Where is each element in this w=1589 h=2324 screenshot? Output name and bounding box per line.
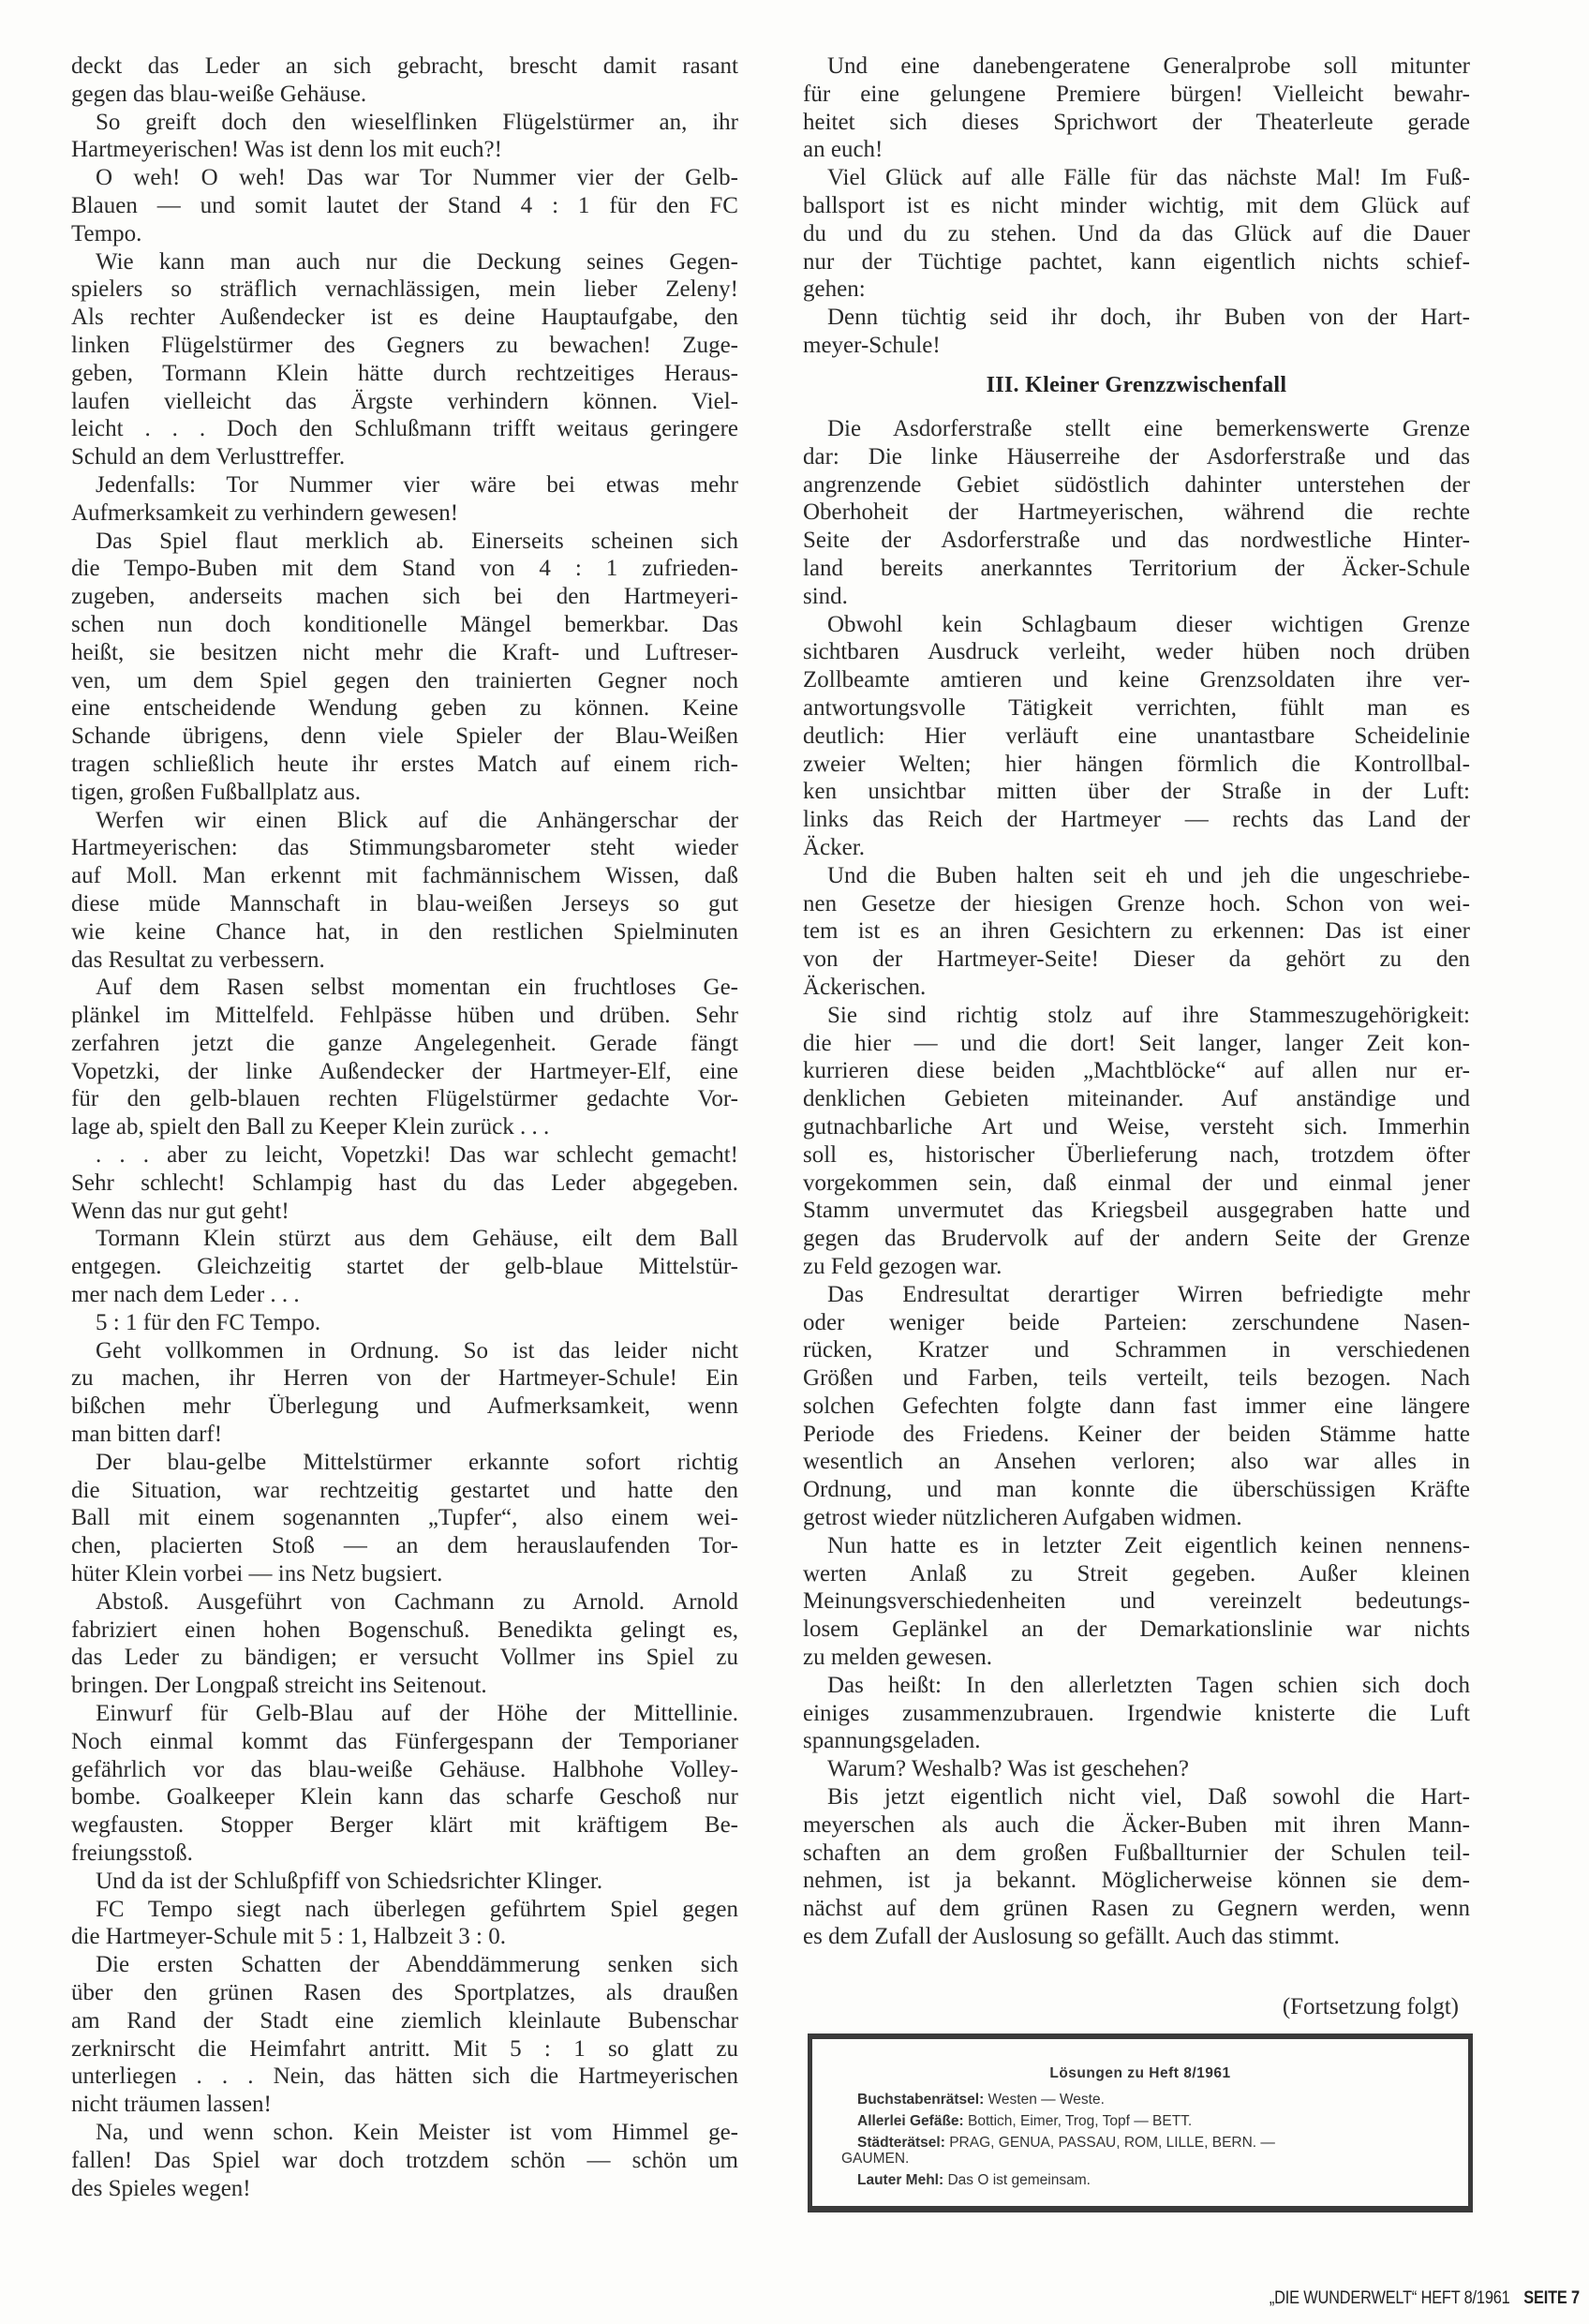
text-line: unterliegen . . . Nein, das hätten sich … bbox=[71, 2063, 738, 2091]
text-line: Wenn das nur gut geht! bbox=[71, 1198, 738, 1226]
text-line: ken unsichtbar mitten über der Straße in… bbox=[803, 778, 1470, 806]
text-line: zerfahren jetzt die ganze Angelegenheit.… bbox=[71, 1030, 738, 1058]
text-line: solchen Gefechten folgte dann fast immer… bbox=[803, 1393, 1470, 1421]
text-line: zu Feld gezogen war. bbox=[803, 1253, 1470, 1281]
text-line: Geht vollkommen in Ordnung. So ist das l… bbox=[71, 1337, 738, 1365]
text-line: Nun hatte es in letzter Zeit eigentlich … bbox=[803, 1532, 1470, 1560]
left-column: deckt das Leder an sich gebracht, bresch… bbox=[71, 52, 738, 2202]
text-line: plänkel im Mittelfeld. Fehlpässe hüben u… bbox=[71, 1002, 738, 1030]
paragraph: Und da ist der Schlußpfiff von Schiedsri… bbox=[71, 1868, 738, 1896]
right-column-top: Und eine danebengeratene Generalprobe so… bbox=[803, 52, 1470, 360]
paragraph: O weh! O weh! Das war Tor Nummer vier de… bbox=[71, 164, 738, 247]
solutions-box: Lösungen zu Heft 8/1961 Buchstabenrätsel… bbox=[808, 2033, 1473, 2212]
text-line: O weh! O weh! Das war Tor Nummer vier de… bbox=[71, 164, 738, 192]
paragraph: Die ersten Schatten der Abenddämmerung s… bbox=[71, 1951, 738, 2119]
text-line: bombe. Goalkeeper Klein kann das scharfe… bbox=[71, 1783, 738, 1811]
paragraph: Geht vollkommen in Ordnung. So ist das l… bbox=[71, 1337, 738, 1449]
text-line: Sehr schlecht! Schlampig hast du das Led… bbox=[71, 1169, 738, 1198]
text-line: spielers so sträflich vernachlässigen, m… bbox=[71, 276, 738, 304]
text-line: freiungsstoß. bbox=[71, 1840, 738, 1868]
text-line: deutlich: Hier verläuft eine unantastbar… bbox=[803, 723, 1470, 751]
text-line: linken Flügelstürmer des Gegners zu bewa… bbox=[71, 332, 738, 360]
paragraph: Bis jetzt eigentlich nicht viel, Daß sow… bbox=[803, 1783, 1470, 1951]
solution-value: Bottich, Eimer, Trog, Topf — BETT. bbox=[968, 2113, 1192, 2129]
text-line: dar: Die linke Häuserreihe der Asdorfers… bbox=[803, 443, 1470, 471]
text-line: diese müde Mannschaft in blau-weißen Jer… bbox=[71, 890, 738, 918]
text-line: Na, und wenn schon. Kein Meister ist vom… bbox=[71, 2119, 738, 2147]
solution-key: Städterätsel: bbox=[857, 2135, 945, 2151]
text-line: tem ist es an ihren Gesichtern zu erkenn… bbox=[803, 917, 1470, 946]
text-line: fabriziert einen hohen Bogenschuß. Bened… bbox=[71, 1616, 738, 1645]
text-line: Denn tüchtig seid ihr doch, ihr Buben vo… bbox=[803, 304, 1470, 332]
text-line: Und da ist der Schlußpfiff von Schiedsri… bbox=[71, 1868, 738, 1896]
text-line: Der blau-gelbe Mittelstürmer erkannte so… bbox=[71, 1449, 738, 1477]
text-line: ven, um dem Spiel gegen den trainierten … bbox=[71, 667, 738, 695]
text-line: Werfen wir einen Blick auf die Anhängers… bbox=[71, 807, 738, 835]
text-line: Tormann Klein stürzt aus dem Gehäuse, ei… bbox=[71, 1225, 738, 1253]
text-line: am Rand der Stadt eine ziemlich kleinlau… bbox=[71, 2007, 738, 2035]
text-line: Hartmeyerischen! Was ist denn los mit eu… bbox=[71, 136, 738, 164]
text-line: antwortungsvolle Tätigkeit verrichten, f… bbox=[803, 694, 1470, 723]
paragraph: Jedenfalls: Tor Nummer vier wäre bei etw… bbox=[71, 471, 738, 528]
paragraph: So greift doch den wieselflinken Flügels… bbox=[71, 109, 738, 165]
text-line: zu melden gewesen. bbox=[803, 1644, 1470, 1672]
text-line: zu machen, ihr Herren von der Hartmeyer-… bbox=[71, 1364, 738, 1393]
paragraph: Das heißt: In den allerletzten Tagen sch… bbox=[803, 1672, 1470, 1755]
solution-value: Westen — Weste. bbox=[988, 2092, 1105, 2108]
text-line: Stamm unvermutet das Kriegsbeil ausgegra… bbox=[803, 1197, 1470, 1225]
text-line: Die Asdorferstraße stellt eine bemerkens… bbox=[803, 415, 1470, 443]
text-line: hüter Klein vorbei — ins Netz bugsiert. bbox=[71, 1560, 738, 1588]
solution-value: Das O ist gemeinsam. bbox=[947, 2172, 1090, 2188]
text-line: die Situation, war rechtzeitig gestartet… bbox=[71, 1477, 738, 1505]
text-line: des Spieles wegen! bbox=[71, 2175, 738, 2203]
text-line: leicht . . . Doch den Schlußmann trifft … bbox=[71, 415, 738, 443]
text-line: Ordnung, und man konnte die überschüssig… bbox=[803, 1476, 1470, 1504]
text-line: angrenzende Gebiet südöstlich dahinter u… bbox=[803, 471, 1470, 499]
paragraph: Abstoß. Ausgeführt von Cachmann zu Arnol… bbox=[71, 1588, 738, 1700]
text-line: das Leder zu bändigen; er versucht Vollm… bbox=[71, 1644, 738, 1672]
solution-row: Buchstabenrätsel: Westen — Weste. bbox=[812, 2092, 1468, 2108]
text-line: an euch! bbox=[803, 136, 1470, 164]
text-line: denklichen Gebieten miteinander. Auf ans… bbox=[803, 1085, 1470, 1113]
text-line: Oberhoheit der Hartmeyerischen, während … bbox=[803, 499, 1470, 527]
paragraph: Nun hatte es in letzter Zeit eigentlich … bbox=[803, 1532, 1470, 1672]
text-line: nehmen, ist ja bekannt. Möglicherweise k… bbox=[803, 1867, 1470, 1895]
text-line: lage ab, spielt den Ball zu Keeper Klein… bbox=[71, 1113, 738, 1141]
text-line: spannungsgeladen. bbox=[803, 1727, 1470, 1755]
solution-row: Allerlei Gefäße: Bottich, Eimer, Trog, T… bbox=[812, 2113, 1468, 2129]
text-line: Zollbeamte amtieren und keine Grenzsolda… bbox=[803, 666, 1470, 694]
text-line: nen Gesetze der hiesigen Grenze hoch. Sc… bbox=[803, 890, 1470, 918]
text-line: auf Moll. Man erkennt mit fachmännischem… bbox=[71, 862, 738, 890]
text-line: nächst auf dem grünen Rasen zu Gegnern w… bbox=[803, 1895, 1470, 1923]
solution-value: PRAG, GENUA, PASSAU, ROM, LILLE, BERN. — bbox=[949, 2135, 1275, 2151]
section-heading: III. Kleiner Grenzzwischenfall bbox=[803, 373, 1470, 398]
right-column-bottom: Die Asdorferstraße stellt eine bemerkens… bbox=[803, 415, 1470, 1951]
text-line: tragen schließlich heute ihr erstes Matc… bbox=[71, 751, 738, 779]
text-line: eine entscheidende Wendung geben zu könn… bbox=[71, 694, 738, 723]
solution-row: Städterätsel: PRAG, GENUA, PASSAU, ROM, … bbox=[812, 2135, 1468, 2167]
text-line: zugeben, anderseits machen sich bei den … bbox=[71, 583, 738, 611]
paragraph: deckt das Leder an sich gebracht, bresch… bbox=[71, 52, 738, 109]
text-line: man bitten darf! bbox=[71, 1421, 738, 1449]
text-line: links das Reich der Hartmeyer — rechts d… bbox=[803, 806, 1470, 834]
text-line: kurrieren diese beiden „Machtblöcke“ auf… bbox=[803, 1057, 1470, 1085]
text-line: chen, placierten Stoß — an dem herauslau… bbox=[71, 1532, 738, 1560]
text-line: So greift doch den wieselflinken Flügels… bbox=[71, 109, 738, 137]
text-line: deckt das Leder an sich gebracht, bresch… bbox=[71, 52, 738, 81]
solutions-title: Lösungen zu Heft 8/1961 bbox=[812, 2065, 1468, 2082]
text-line: Ball mit einem sogenannten „Tupfer“, als… bbox=[71, 1504, 738, 1532]
text-line: Äcker. bbox=[803, 834, 1470, 862]
text-line: sichtbaren Ausdruck verleiht, weder hübe… bbox=[803, 638, 1470, 666]
text-line: ballsport ist es nicht minder wichtig, m… bbox=[803, 192, 1470, 220]
text-line: Noch einmal kommt das Fünfergespann der … bbox=[71, 1728, 738, 1756]
text-line: über den grünen Rasen des Sportplatzes, … bbox=[71, 1979, 738, 2007]
paragraph: Das Spiel flaut merklich ab. Einerseits … bbox=[71, 528, 738, 807]
text-line: FC Tempo siegt nach überlegen geführtem … bbox=[71, 1896, 738, 1924]
text-line: Und die Buben halten seit eh und jeh die… bbox=[803, 862, 1470, 890]
text-line: Sie sind richtig stolz auf ihre Stammesz… bbox=[803, 1002, 1470, 1030]
text-line: land bereits anerkanntes Territorium der… bbox=[803, 555, 1470, 583]
text-line: losem Geplänkel an der Demarkationslinie… bbox=[803, 1616, 1470, 1644]
paragraph: . . . aber zu leicht, Vopetzki! Das war … bbox=[71, 1141, 738, 1225]
paragraph: Warum? Weshalb? Was ist geschehen? bbox=[803, 1755, 1470, 1783]
text-line: Warum? Weshalb? Was ist geschehen? bbox=[803, 1755, 1470, 1783]
text-line: sind. bbox=[803, 583, 1470, 611]
text-line: meyer-Schule! bbox=[803, 332, 1470, 360]
solution-row: Lauter Mehl: Das O ist gemeinsam. bbox=[812, 2172, 1468, 2188]
text-line: wie keine Chance hat, in den restlichen … bbox=[71, 918, 738, 946]
paragraph: Einwurf für Gelb-Blau auf der Höhe der M… bbox=[71, 1700, 738, 1868]
text-line: schaften an dem großen Fußballturnier de… bbox=[803, 1840, 1470, 1868]
text-line: 5 : 1 für den FC Tempo. bbox=[71, 1309, 738, 1337]
paragraph: Und eine danebengeratene Generalprobe so… bbox=[803, 52, 1470, 164]
text-line: bringen. Der Longpaß streicht ins Seiten… bbox=[71, 1672, 738, 1700]
text-line: die Tempo-Buben mit dem Stand von 4 : 1 … bbox=[71, 555, 738, 583]
paragraph: Tormann Klein stürzt aus dem Gehäuse, ei… bbox=[71, 1225, 738, 1308]
text-line: heitet sich dieses Sprichwort der Theate… bbox=[803, 109, 1470, 137]
solution-continuation: GAUMEN. bbox=[841, 2151, 1440, 2167]
text-line: mer nach dem Leder . . . bbox=[71, 1281, 738, 1309]
text-line: oder weniger beide Parteien: zerschunden… bbox=[803, 1309, 1470, 1337]
text-line: das Resultat zu verbessern. bbox=[71, 946, 738, 975]
text-line: Seite der Asdorferstraße und das nordwes… bbox=[803, 527, 1470, 555]
text-line: zweier Welten; hier hängen förmlich die … bbox=[803, 751, 1470, 779]
text-line: Das Spiel flaut merklich ab. Einerseits … bbox=[71, 528, 738, 556]
text-line: Die ersten Schatten der Abenddämmerung s… bbox=[71, 1951, 738, 1979]
text-line: es dem Zufall der Auslosung so gefällt. … bbox=[803, 1923, 1470, 1951]
page-footer: „DIE WUNDERWELT“ HEFT 8/1961 SEITE 7 bbox=[1270, 2288, 1580, 2309]
paragraph: Obwohl kein Schlagbaum dieser wichtigen … bbox=[803, 611, 1470, 862]
text-line: die hier — und die dort! Seit langer, la… bbox=[803, 1030, 1470, 1058]
text-line: einiges zusammenzubrauen. Irgendwie knis… bbox=[803, 1700, 1470, 1728]
text-line: meyerschen als auch die Äcker-Buben mit … bbox=[803, 1811, 1470, 1840]
text-line: laufen vielleicht das Ärgste verhindern … bbox=[71, 388, 738, 416]
text-line: rücken, Kratzer und Schrammen in verschi… bbox=[803, 1336, 1470, 1364]
text-line: tigen, großen Fußballplatz aus. bbox=[71, 779, 738, 807]
text-line: geben, Tormann Klein hätte durch rechtze… bbox=[71, 360, 738, 388]
text-line: gefährlich vor das blau-weiße Gehäuse. H… bbox=[71, 1756, 738, 1784]
paragraph: Viel Glück auf alle Fälle für das nächst… bbox=[803, 164, 1470, 304]
text-line: Schande übrigens, denn viele Spieler der… bbox=[71, 723, 738, 751]
text-line: Obwohl kein Schlagbaum dieser wichtigen … bbox=[803, 611, 1470, 639]
text-line: werten Anlaß zu Streit gegeben. Außer kl… bbox=[803, 1560, 1470, 1588]
text-line: bißchen mehr Überlegung und Aufmerksamke… bbox=[71, 1393, 738, 1421]
solution-key: Buchstabenrätsel: bbox=[857, 2092, 984, 2108]
text-line: Schuld an dem Verlusttreffer. bbox=[71, 443, 738, 471]
text-line: Meinungsverschiedenheiten und vereinzelt… bbox=[803, 1587, 1470, 1616]
text-line: soll es, historischer Überlieferung nach… bbox=[803, 1141, 1470, 1169]
text-line: Abstoß. Ausgeführt von Cachmann zu Arnol… bbox=[71, 1588, 738, 1616]
text-line: für eine gelungene Premiere bürgen! Viel… bbox=[803, 81, 1470, 109]
text-line: Äckerischen. bbox=[803, 974, 1470, 1002]
publication-name: „DIE WUNDERWELT“ HEFT 8/1961 bbox=[1270, 2288, 1510, 2308]
paragraph: 5 : 1 für den FC Tempo. bbox=[71, 1309, 738, 1337]
text-line: für den gelb-blauen rechten Flügelstürme… bbox=[71, 1085, 738, 1113]
text-line: getrost wieder nützlicheren Aufgaben wid… bbox=[803, 1504, 1470, 1532]
text-line: Blauen — und somit lautet der Stand 4 : … bbox=[71, 192, 738, 220]
text-line: Als rechter Außendecker ist es deine Hau… bbox=[71, 304, 738, 332]
text-line: von der Hartmeyer-Seite! Dieser da gehör… bbox=[803, 946, 1470, 974]
page-number: SEITE 7 bbox=[1523, 2288, 1580, 2308]
text-line: Vopetzki, der linke Außendecker der Hart… bbox=[71, 1058, 738, 1086]
text-line: Viel Glück auf alle Fälle für das nächst… bbox=[803, 164, 1470, 192]
text-line: nur der Tüchtige pachtet, kann eigentlic… bbox=[803, 248, 1470, 276]
paragraph: Auf dem Rasen selbst momentan ein frucht… bbox=[71, 974, 738, 1141]
text-line: du und du zu stehen. Und da das Glück au… bbox=[803, 220, 1470, 248]
text-line: heißt, sie besitzen nicht mehr die Kraft… bbox=[71, 639, 738, 667]
paragraph: Wie kann man auch nur die Deckung seines… bbox=[71, 248, 738, 471]
text-line: wegfausten. Stopper Berger klärt mit krä… bbox=[71, 1811, 738, 1840]
paragraph: Na, und wenn schon. Kein Meister ist vom… bbox=[71, 2119, 738, 2202]
text-line: gehen: bbox=[803, 276, 1470, 304]
text-line: Jedenfalls: Tor Nummer vier wäre bei etw… bbox=[71, 471, 738, 499]
text-line: gegen das Brudervolk auf der andern Seit… bbox=[803, 1225, 1470, 1253]
text-line: Das Endresultat derartiger Wirren befrie… bbox=[803, 1281, 1470, 1309]
text-line: vorgekommen sein, daß einmal der und ein… bbox=[803, 1169, 1470, 1198]
paragraph: Und die Buben halten seit eh und jeh die… bbox=[803, 862, 1470, 1002]
text-line: Aufmerksamkeit zu verhindern gewesen! bbox=[71, 499, 738, 528]
text-line: Einwurf für Gelb-Blau auf der Höhe der M… bbox=[71, 1700, 738, 1728]
text-line: zerknirscht die Heimfahrt antritt. Mit 5… bbox=[71, 2035, 738, 2063]
text-line: . . . aber zu leicht, Vopetzki! Das war … bbox=[71, 1141, 738, 1169]
text-line: Wie kann man auch nur die Deckung seines… bbox=[71, 248, 738, 276]
text-line: wesentlich an Ansehen verloren; also war… bbox=[803, 1448, 1470, 1476]
text-line: nicht träumen lassen! bbox=[71, 2091, 738, 2119]
text-line: entgegen. Gleichzeitig startet der gelb-… bbox=[71, 1253, 738, 1281]
paragraph: Denn tüchtig seid ihr doch, ihr Buben vo… bbox=[803, 304, 1470, 360]
text-line: Tempo. bbox=[71, 220, 738, 248]
text-line: die Hartmeyer-Schule mit 5 : 1, Halbzeit… bbox=[71, 1923, 738, 1951]
text-line: Periode des Friedens. Keiner der beiden … bbox=[803, 1421, 1470, 1449]
text-line: gutnachbarliche Art und Weise, versteht … bbox=[803, 1113, 1470, 1141]
text-line: fallen! Das Spiel war doch trotzdem schö… bbox=[71, 2147, 738, 2175]
text-line: Bis jetzt eigentlich nicht viel, Daß sow… bbox=[803, 1783, 1470, 1811]
paragraph: FC Tempo siegt nach überlegen geführtem … bbox=[71, 1896, 738, 1952]
paragraph: Der blau-gelbe Mittelstürmer erkannte so… bbox=[71, 1449, 738, 1588]
paragraph: Die Asdorferstraße stellt eine bemerkens… bbox=[803, 415, 1470, 611]
text-line: Auf dem Rasen selbst momentan ein frucht… bbox=[71, 974, 738, 1002]
solution-key: Lauter Mehl: bbox=[857, 2172, 943, 2188]
solution-key: Allerlei Gefäße: bbox=[857, 2113, 964, 2129]
paragraph: Sie sind richtig stolz auf ihre Stammesz… bbox=[803, 1002, 1470, 1281]
paragraph: Werfen wir einen Blick auf die Anhängers… bbox=[71, 807, 738, 975]
text-line: gegen das blau-weiße Gehäuse. bbox=[71, 81, 738, 109]
text-line: schen nun doch konditionelle Mängel beme… bbox=[71, 611, 738, 639]
text-line: Größen und Farben, teils verteilt, teils… bbox=[803, 1364, 1470, 1393]
text-line: Das heißt: In den allerletzten Tagen sch… bbox=[803, 1672, 1470, 1700]
continued-note: (Fortsetzung folgt) bbox=[803, 1994, 1459, 2020]
paragraph: Das Endresultat derartiger Wirren befrie… bbox=[803, 1281, 1470, 1532]
text-line: Und eine danebengeratene Generalprobe so… bbox=[803, 52, 1470, 81]
text-line: Hartmeyerischen: das Stimmungsbarometer … bbox=[71, 834, 738, 862]
